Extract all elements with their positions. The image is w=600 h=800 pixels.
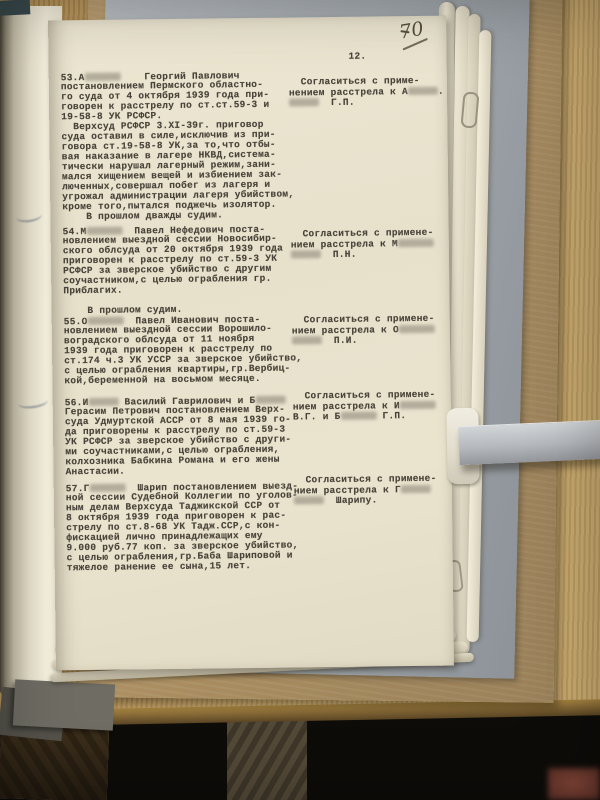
redaction-blur [398, 239, 434, 247]
redaction-blur [292, 336, 322, 344]
handwritten-folio-number: 70 [398, 14, 447, 55]
redaction-blur [401, 485, 431, 493]
typed-line: нением расстрела к А. [289, 86, 444, 98]
redaction-blur [294, 496, 324, 504]
typed-line: кой,беременной на восьмом месяце. [64, 372, 446, 387]
typed-page-number: 12. [348, 51, 366, 62]
paperclip [460, 91, 479, 128]
typed-line: В.Г. и Б Г.П. [293, 410, 436, 422]
entry-resolution: Согласиться с примене-нием расстрела к Г… [294, 474, 437, 506]
entry-resolution: Согласиться с приме-нением расстрела к А… [289, 76, 444, 108]
redaction-blur [255, 396, 285, 404]
typed-line: нием расстрела к О [292, 324, 435, 336]
document-page: 70 12. 53.А Георгий Павловичпостановлени… [48, 16, 454, 671]
entry-54: 54.М Павел Нефедович поста-новлением вые… [63, 222, 446, 317]
redaction-blur [90, 484, 126, 492]
typed-line: Шарипу. [294, 494, 437, 506]
entry-resolution: Согласиться с примене-нием расстрела к О… [292, 314, 435, 346]
redaction-blur [399, 325, 435, 333]
floor-red-patch [548, 768, 600, 800]
redaction-blur [400, 401, 436, 409]
redaction-blur [86, 227, 122, 235]
entry-resolution: Согласиться с примене-нием расстрела к М… [291, 228, 434, 260]
redaction-blur [87, 317, 123, 325]
redaction-blur [289, 98, 319, 106]
metal-clamp-strip [458, 420, 600, 465]
redaction-blur [88, 398, 118, 406]
entry-56: 56.И Василий Гаврилович и БГерасим Петро… [65, 393, 448, 478]
entries: 53.А Георгий Павловичпостановлением Перм… [61, 68, 449, 574]
entry-resolution: Согласиться с примене-нием расстрела к И… [293, 390, 436, 422]
redaction-blur [85, 73, 121, 81]
redaction-blur [340, 411, 376, 419]
redaction-blur [291, 250, 321, 258]
entry-53: 53.А Георгий Павловичпостановлением Перм… [61, 68, 445, 223]
photo-of-archival-document: 70 12. 53.А Георгий Павловичпостановлени… [0, 0, 600, 800]
redaction-blur [408, 87, 438, 95]
binder-corner [0, 0, 30, 16]
typed-line: нием расстрела к М [291, 238, 434, 250]
entry-55: 55.О Павел Иванович поста-новлением выез… [64, 312, 447, 387]
entry-57: 57.Г Шарип постановлением выезд-ной сесс… [66, 479, 449, 574]
